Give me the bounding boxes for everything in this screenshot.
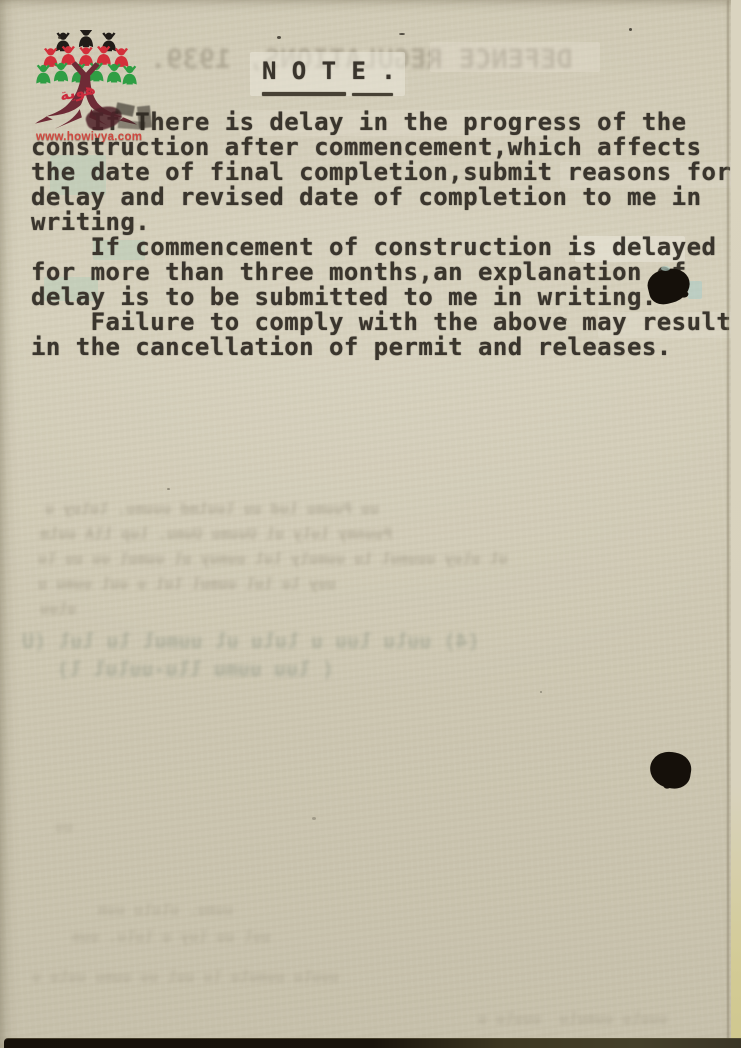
scanned-note-page: DEFENCE REGULATIONS, 1939. uu Puumu lud …: [0, 0, 741, 1048]
bleedthrough-line: ul uluy uuumul lu uumuly lul uumuy ul uu…: [38, 547, 508, 572]
title-underline-segment: [262, 92, 346, 96]
ink-blot-fleck: [661, 266, 670, 271]
ink-blot: [647, 749, 693, 791]
bleedthrough-line: uuy lu lul uumul lul u uul uumu u: [38, 572, 336, 597]
bleedthrough-clause-line: ( luu uumu llu-uulul l): [57, 657, 334, 681]
bleedthrough-line: uumu. ululu uum: [98, 901, 233, 919]
bleedthrough-line: uluu: [40, 597, 76, 622]
page-bottom-shadow-strip: [4, 1038, 741, 1048]
note-title: N O T E .: [262, 59, 396, 84]
page-crease-line: [727, 0, 729, 1048]
light-scan-patch: [430, 42, 600, 72]
bleedthrough-line: Puunmy luly ul Uuumu Uumu. lup llA uulm: [40, 522, 392, 547]
dust-speck: [629, 28, 632, 31]
bleedthrough-clause-line: (4) uulu luu u lulu ul uumul lu lul (U: [22, 629, 480, 653]
bleedthrough-line: uul uu luy u lulu. uum: [72, 928, 271, 946]
dust-speck: [277, 36, 281, 39]
dust-speck: [58, 36, 61, 39]
bleedthrough-line: uuulu uumulu uuulu u: [478, 1010, 668, 1028]
bleedthrough-line: uu: [55, 818, 73, 836]
dust-speck: [564, 318, 567, 321]
typed-paragraph-commencement-delay: If commencement of construction is delay…: [31, 235, 716, 310]
dust-speck: [399, 33, 405, 35]
typed-paragraph-failure-to-comply: Failure to comply with the above may res…: [31, 310, 731, 360]
bleedthrough-line: uuulu uumulu lu uul uu uumu uulu u: [32, 968, 339, 986]
page-right-edge: [731, 0, 741, 1048]
dust-speck: [312, 817, 316, 820]
dust-speck: [167, 488, 170, 490]
title-underline-segment: [352, 93, 393, 96]
dust-speck: [540, 691, 542, 693]
bleedthrough-line: uu Puumu lud uu luulmd uuumu. luluy u: [45, 497, 379, 522]
